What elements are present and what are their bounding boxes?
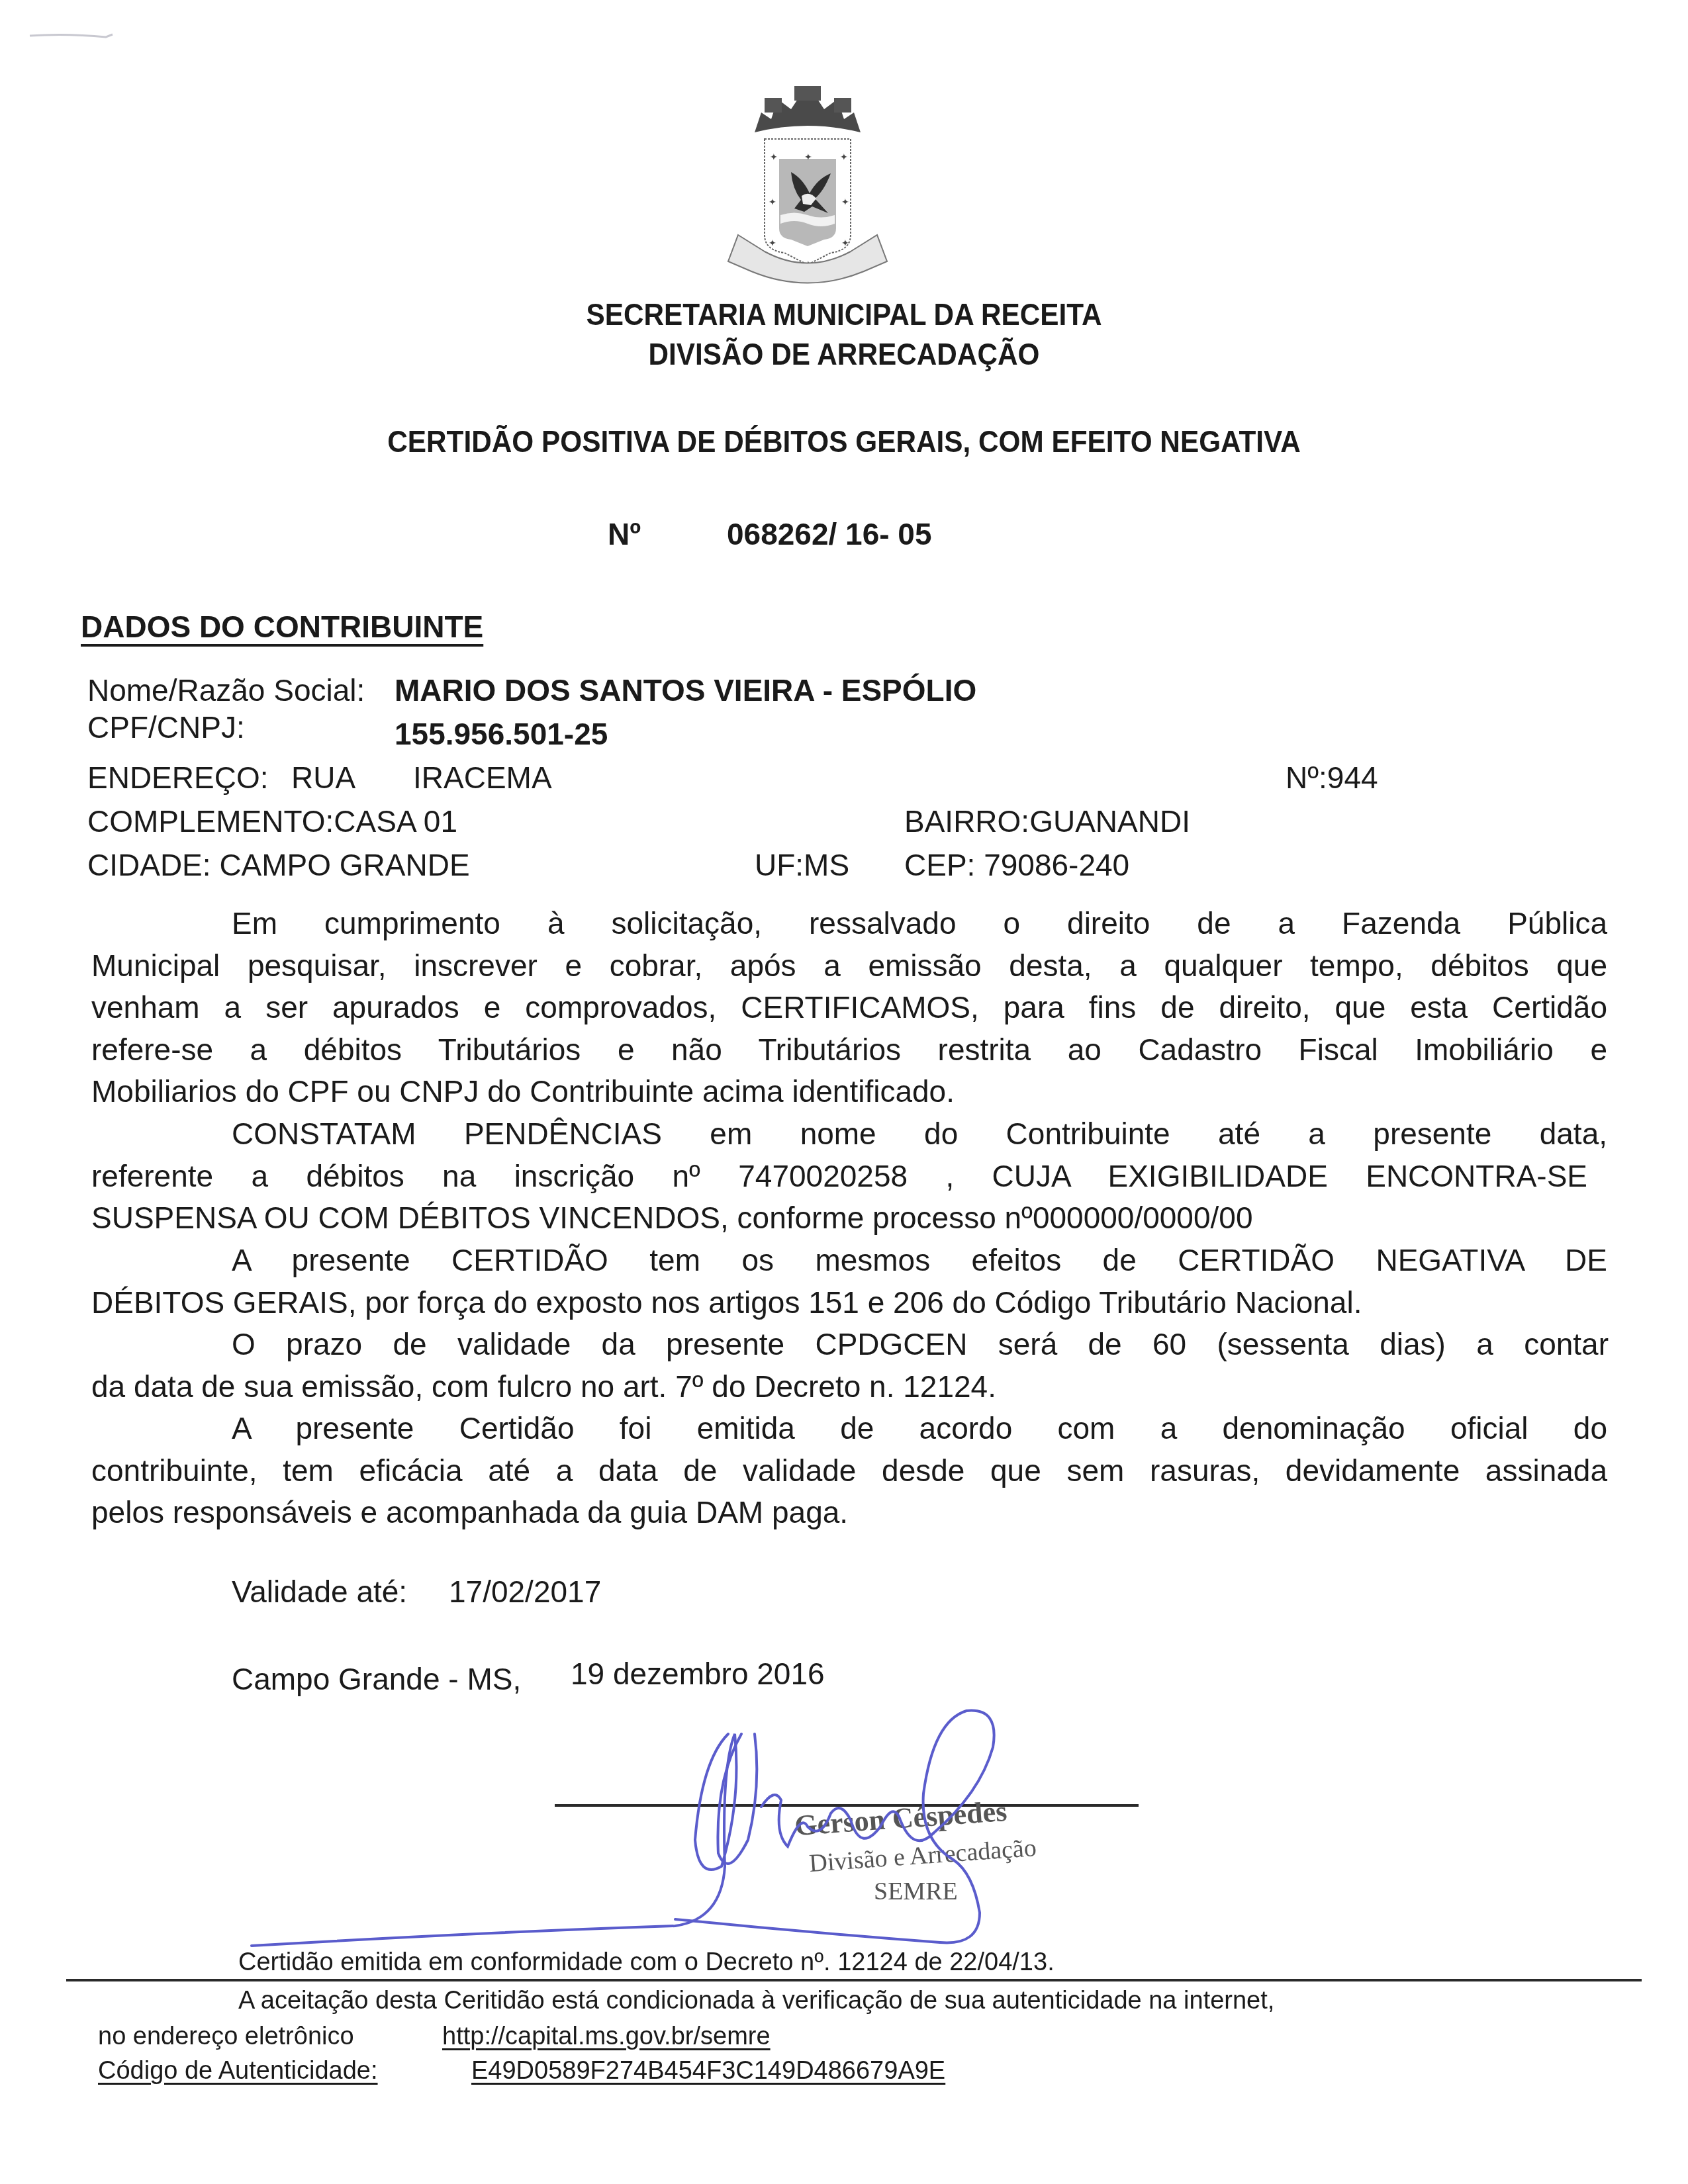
address-label: ENDEREÇO: (87, 760, 268, 796)
signer-name: Gerson Céspedes (794, 1794, 1008, 1843)
validity-label: Validade até: (232, 1574, 407, 1610)
paragraph-issuance: A presente Certidão foi emitida de acord… (91, 1408, 1607, 1534)
footer-divider (66, 1979, 1642, 1981)
paragraph-line: venham a ser apurados e comprovados, CER… (91, 987, 1607, 1029)
coat-of-arms-icon: ✦✦✦ ✦✦ ✦✦✦ (698, 73, 917, 285)
paragraph-pendencies: CONSTATAM PENDÊNCIAS em nome do Contribu… (91, 1113, 1607, 1240)
svg-text:✦: ✦ (804, 152, 812, 163)
city-label: CIDADE: (87, 848, 211, 882)
district: BAIRRO:GUANANDI (904, 803, 1190, 839)
cpf-value: 155.956.501-25 (395, 716, 608, 752)
issue-place: Campo Grande - MS, (232, 1661, 521, 1697)
complement: COMPLEMENTO:CASA 01 (87, 803, 457, 839)
complement-value: CASA 01 (334, 804, 457, 839)
district-value: GUANANDI (1029, 804, 1190, 839)
paragraph-line: contribuinte, tem eficácia até a data de… (91, 1450, 1607, 1492)
taxpayer-name: MARIO DOS SANTOS VIEIRA - ESPÓLIO (395, 672, 976, 708)
svg-text:✦: ✦ (841, 197, 849, 208)
svg-text:✦: ✦ (769, 197, 776, 208)
auth-code-label: Código de Autenticidade: (98, 2057, 378, 2085)
paragraph-line: A presente Certidão foi emitida de acord… (91, 1408, 1607, 1450)
paragraph-line: Em cumprimento à solicitação, ressalvado… (91, 903, 1607, 945)
web-address-label: no endereço eletrônico (98, 2023, 354, 2051)
taxpayer-section-title: DADOS DO CONTRIBUINTE (81, 609, 483, 645)
verification-url-link[interactable]: http://capital.ms.gov.br/semre (442, 2023, 771, 2051)
zip-label: CEP: (904, 848, 975, 882)
zip-value: 79086-240 (984, 848, 1129, 882)
decree-note: Certidão emitida em conformidade com o D… (238, 1948, 1055, 1977)
district-label: BAIRRO: (904, 804, 1029, 839)
state-label: UF: (755, 848, 804, 882)
complement-label: COMPLEMENTO: (87, 804, 334, 839)
paragraph-line: referente a débitos na inscrição nº 7470… (91, 1156, 1587, 1198)
certificate-number-label: Nº (608, 516, 641, 552)
zip: CEP: 79086-240 (904, 847, 1129, 883)
department-name: SECRETARIA MUNICIPAL DA RECEITA (68, 296, 1620, 332)
signer-org: SEMRE (874, 1877, 958, 1906)
name-label: Nome/Razão Social: (87, 672, 365, 708)
paragraph-validity-term: O prazo de validade da presente CPDGCEN … (91, 1324, 1607, 1408)
paragraph-line: Municipal pesquisar, inscrever e cobrar,… (91, 945, 1607, 987)
address-type: RUA (291, 760, 355, 796)
address-number-label: Nº: (1286, 760, 1327, 795)
issue-date: 19 dezembro 2016 (571, 1656, 825, 1692)
paragraph-line: DÉBITOS GERAIS, por força do exposto nos… (91, 1282, 1607, 1324)
svg-text:✦: ✦ (769, 238, 776, 249)
paragraph-line: SUSPENSA OU COM DÉBITOS VINCENDOS, confo… (91, 1197, 1607, 1240)
division-name: DIVISÃO DE ARRECADAÇÃO (68, 336, 1620, 372)
certificate-number: 068262/ 16- 05 (727, 516, 932, 552)
paragraph-effects: A presente CERTIDÃO tem os mesmos efeito… (91, 1240, 1607, 1324)
paragraph-line: pelos responsáveis e acompanhada da guia… (91, 1492, 1607, 1534)
address-street: IRACEMA (413, 760, 552, 796)
svg-text:✦: ✦ (841, 238, 849, 249)
cpf-label: CPF/CNPJ: (87, 709, 245, 745)
svg-text:✦: ✦ (770, 152, 778, 163)
city-value: CAMPO GRANDE (219, 848, 469, 882)
scan-artifact-mark (26, 32, 119, 41)
auth-code: E49D0589F274B454F3C149D486679A9E (471, 2057, 945, 2085)
city: CIDADE: CAMPO GRANDE (87, 847, 470, 883)
svg-text:✦: ✦ (840, 152, 848, 163)
paragraph-certification: Em cumprimento à solicitação, ressalvado… (91, 903, 1607, 1113)
paragraph-line: CONSTATAM PENDÊNCIAS em nome do Contribu… (91, 1113, 1607, 1156)
paragraph-line: O prazo de validade da presente CPDGCEN … (91, 1324, 1609, 1366)
state: UF:MS (755, 847, 849, 883)
certificate-title: CERTIDÃO POSITIVA DE DÉBITOS GERAIS, COM… (68, 424, 1620, 459)
acceptance-note: A aceitação desta Ceritidão está condici… (238, 1987, 1274, 2015)
state-value: MS (804, 848, 849, 882)
paragraph-line: Mobiliarios do CPF ou CNPJ do Contribuin… (91, 1071, 1607, 1113)
address-number: Nº:944 (1286, 760, 1378, 796)
signer-role: Divisão e Arrecadação (808, 1833, 1037, 1878)
address-number-value: 944 (1327, 760, 1378, 795)
paragraph-line: da data de sua emissão, com fulcro no ar… (91, 1366, 1607, 1408)
paragraph-line: refere-se a débitos Tributários e não Tr… (91, 1029, 1607, 1071)
paragraph-line: A presente CERTIDÃO tem os mesmos efeito… (91, 1240, 1607, 1282)
validity-date: 17/02/2017 (449, 1574, 601, 1610)
